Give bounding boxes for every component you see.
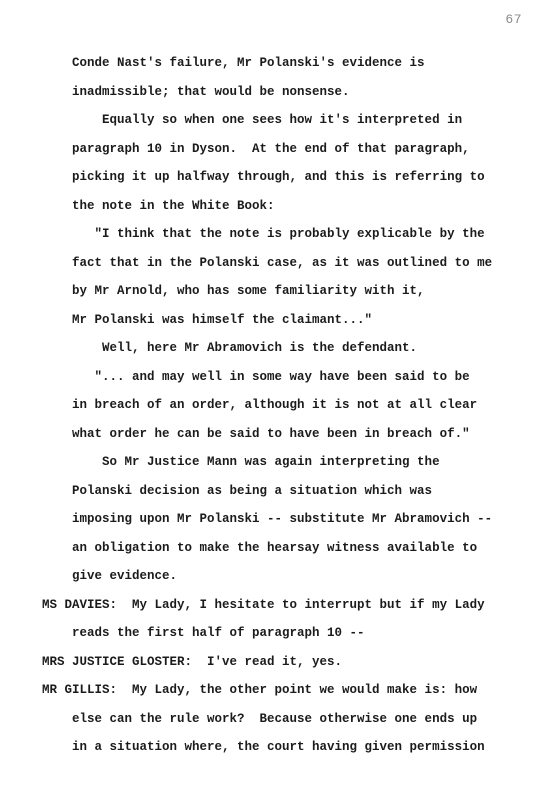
- transcript-line: MS DAVIES: My Lady, I hesitate to interr…: [42, 591, 542, 620]
- transcript-line: Mr Polanski was himself the claimant...": [42, 306, 542, 335]
- transcript-line: fact that in the Polanski case, as it wa…: [42, 249, 542, 278]
- transcript-line: Conde Nast's failure, Mr Polanski's evid…: [42, 49, 542, 78]
- transcript-line: Equally so when one sees how it's interp…: [42, 106, 542, 135]
- transcript-line: imposing upon Mr Polanski -- substitute …: [42, 505, 542, 534]
- transcript-line: by Mr Arnold, who has some familiarity w…: [42, 277, 542, 306]
- transcript-line: "I think that the note is probably expli…: [42, 220, 542, 249]
- transcript-body: Conde Nast's failure, Mr Polanski's evid…: [42, 49, 542, 762]
- transcript-line: Polanski decision as being a situation w…: [42, 477, 542, 506]
- transcript-line: So Mr Justice Mann was again interpretin…: [42, 448, 542, 477]
- transcript-line: MR GILLIS: My Lady, the other point we w…: [42, 676, 542, 705]
- transcript-line: else can the rule work? Because otherwis…: [42, 705, 542, 734]
- transcript-line: inadmissible; that would be nonsense.: [42, 78, 542, 107]
- transcript-line: the note in the White Book:: [42, 192, 542, 221]
- transcript-line: Well, here Mr Abramovich is the defendan…: [42, 334, 542, 363]
- transcript-line: picking it up halfway through, and this …: [42, 163, 542, 192]
- transcript-line: MRS JUSTICE GLOSTER: I've read it, yes.: [42, 648, 542, 677]
- transcript-line: in a situation where, the court having g…: [42, 733, 542, 762]
- transcript-line: reads the first half of paragraph 10 --: [42, 619, 542, 648]
- transcript-line: what order he can be said to have been i…: [42, 420, 542, 449]
- transcript-line: "... and may well in some way have been …: [42, 363, 542, 392]
- transcript-line: in breach of an order, although it is no…: [42, 391, 542, 420]
- transcript-line: paragraph 10 in Dyson. At the end of tha…: [42, 135, 542, 164]
- transcript-line: an obligation to make the hearsay witnes…: [42, 534, 542, 563]
- transcript-line: give evidence.: [42, 562, 542, 591]
- page-number: 67: [505, 12, 522, 27]
- transcript-page: 67 Conde Nast's failure, Mr Polanski's e…: [0, 0, 558, 789]
